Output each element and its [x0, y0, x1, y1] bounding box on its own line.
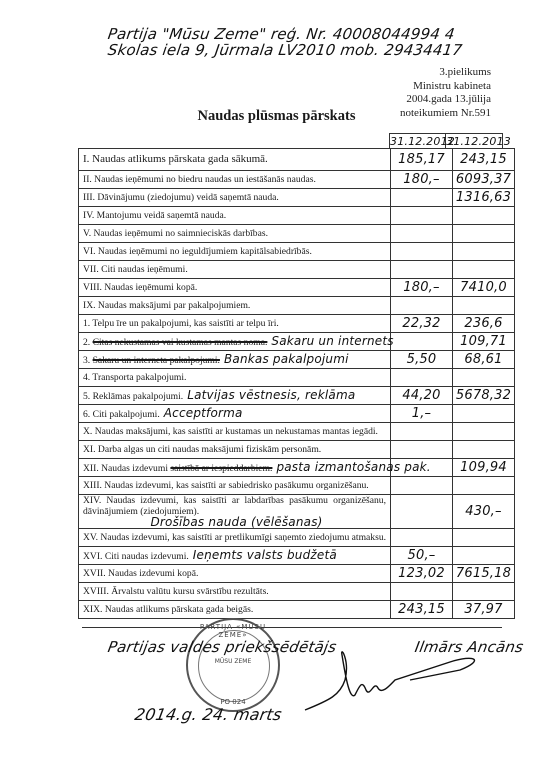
handwritten-value: 243,15	[460, 152, 507, 167]
value-2013: 243,15	[453, 149, 515, 171]
row-label-text: 4. Transporta pakalpojumi.	[83, 372, 186, 383]
table-row: 4. Transporta pakalpojumi.	[79, 369, 515, 387]
row-label: 3. Sakaru un interneta pakalpojumi.Banka…	[79, 351, 391, 369]
row-label-text: II. Naudas ieņēmumi no biedru naudas un …	[83, 174, 316, 185]
row-label-text: XIV. Naudas izdevumi, kas saistīti ar la…	[83, 495, 386, 517]
value-2012: 180,–	[391, 171, 453, 189]
handwritten-value: 44,20	[402, 388, 440, 403]
handwritten-value: 180,–	[403, 172, 439, 187]
row-label-text: XV. Naudas izdevumi, kas saistīti ar pre…	[83, 532, 386, 543]
row-label-text: IV. Mantojumu veidā saņemtā nauda.	[83, 210, 226, 221]
row-label-prefix: XII. Naudas izdevumi	[83, 463, 170, 474]
value-2012: 5,50	[391, 351, 453, 369]
row-label-text: I. Naudas atlikums pārskata gada sākumā.	[83, 153, 268, 165]
value-2013	[453, 441, 515, 459]
handwritten-value: 50,–	[408, 548, 436, 563]
row-label-text: XI. Darba algas un citi naudas maksājumi…	[83, 444, 321, 455]
table-row: VI. Naudas ieņēmumi no ieguldījumiem kap…	[79, 243, 515, 261]
value-2012	[391, 369, 453, 387]
row-label-text: III. Dāvinājumu (ziedojumu) veidā saņemt…	[83, 192, 279, 203]
row-label: VII. Citi naudas ieņēmumi.	[79, 261, 391, 279]
row-label-text: 5. Reklāmas pakalpojumi.	[83, 391, 183, 402]
value-2013	[453, 297, 515, 315]
reference-date: 2004.gada 13.jūlija	[400, 93, 491, 107]
value-2012: 185,17	[391, 149, 453, 171]
signature-date: 2014.g. 24. marts	[133, 705, 283, 724]
row-label-text: XIX. Naudas atlikums pārskata gada beigā…	[83, 604, 253, 615]
row-label: III. Dāvinājumu (ziedojumu) veidā saņemt…	[79, 189, 391, 207]
value-2013: 109,94	[453, 459, 515, 477]
reference-cabinet: Ministru kabineta	[400, 80, 491, 94]
table-row: VIII. Naudas ieņēmumi kopā.180,–7410,0	[79, 279, 515, 297]
row-label-text: 1. Telpu īre un pakalpojumi, kas saistīt…	[83, 318, 279, 329]
table-row: 2. Citas nekustamas vai kustamas mantas …	[79, 333, 515, 351]
table-row: I. Naudas atlikums pārskata gada sākumā.…	[79, 149, 515, 171]
row-label: XV. Naudas izdevumi, kas saistīti ar pre…	[79, 529, 391, 547]
table-row: II. Naudas ieņēmumi no biedru naudas un …	[79, 171, 515, 189]
handwritten-value: 109,71	[460, 334, 507, 349]
row-label: X. Naudas maksājumi, kas saistīti ar kus…	[79, 423, 391, 441]
table-row: XII. Naudas izdevumi saistībā ar iespied…	[79, 459, 515, 477]
handwritten-value: 5,50	[407, 352, 437, 367]
value-2013: 430,–	[453, 495, 515, 529]
handwritten-note: Ieņemts valsts budžetā	[193, 548, 337, 562]
signature-scrawl-icon	[300, 640, 500, 730]
party-stamp: PARTIJA «MŪSU ZEME» MŪSU ZEME PO 024	[186, 618, 280, 712]
row-label: XVII. Naudas izdevumi kopā.	[79, 565, 391, 583]
value-2012	[391, 225, 453, 243]
value-2012: 180,–	[391, 279, 453, 297]
value-2012: 50,–	[391, 547, 453, 565]
value-2012	[391, 333, 453, 351]
row-label: XI. Darba algas un citi naudas maksājumi…	[79, 441, 391, 459]
table-row: X. Naudas maksājumi, kas saistīti ar kus…	[79, 423, 515, 441]
stamp-center-text: MŪSU ZEME	[188, 658, 278, 665]
row-label: XIV. Naudas izdevumi, kas saistīti ar la…	[79, 495, 391, 529]
row-label: VI. Naudas ieņēmumi no ieguldījumiem kap…	[79, 243, 391, 261]
value-2012	[391, 583, 453, 601]
value-2012: 243,15	[391, 601, 453, 619]
reference-annex: 3.pielikums	[400, 66, 491, 80]
handwritten-value: 7615,18	[456, 566, 511, 581]
value-2013	[453, 547, 515, 565]
handwritten-value: 243,15	[398, 602, 445, 617]
value-2013	[453, 583, 515, 601]
handwritten-note: Drošības nauda (vēlēšanas)	[87, 517, 386, 528]
table-row: V. Naudas ieņēmumi no saimnieciskās darb…	[79, 225, 515, 243]
value-2012	[391, 189, 453, 207]
table-row: 3. Sakaru un interneta pakalpojumi.Banka…	[79, 351, 515, 369]
handwritten-value: 236,6	[464, 316, 502, 331]
handwritten-value: 6093,37	[456, 172, 511, 187]
table-row: XIV. Naudas izdevumi, kas saistīti ar la…	[79, 495, 515, 529]
value-2013	[453, 423, 515, 441]
value-2013: 68,61	[453, 351, 515, 369]
value-2012: 22,32	[391, 315, 453, 333]
value-2013: 5678,32	[453, 387, 515, 405]
handwritten-header-line-1: Partija "Mūsu Zeme" reģ. Nr. 40008044994…	[107, 26, 469, 42]
value-2012	[391, 207, 453, 225]
table-row: IV. Mantojumu veidā saņemtā nauda.	[79, 207, 515, 225]
row-label-text: VII. Citi naudas ieņēmumi.	[83, 264, 188, 275]
handwritten-note: Acceptforma	[164, 406, 243, 420]
value-2013	[453, 405, 515, 423]
value-2013: 7615,18	[453, 565, 515, 583]
row-label: VIII. Naudas ieņēmumi kopā.	[79, 279, 391, 297]
table-row: XVI. Citi naudas izdevumi.Ieņemts valsts…	[79, 547, 515, 565]
value-2012: 1,–	[391, 405, 453, 423]
value-2012	[391, 495, 453, 529]
row-label: V. Naudas ieņēmumi no saimnieciskās darb…	[79, 225, 391, 243]
value-2013	[453, 207, 515, 225]
value-2013: 236,6	[453, 315, 515, 333]
row-label-prefix: 3.	[83, 355, 93, 366]
table-row: XIII. Naudas izdevumi, kas saistīti ar s…	[79, 477, 515, 495]
handwritten-value: 109,94	[460, 460, 507, 475]
value-2012	[391, 441, 453, 459]
row-label: XIX. Naudas atlikums pārskata gada beigā…	[79, 601, 391, 619]
table-row: 5. Reklāmas pakalpojumi.Latvijas vēstnes…	[79, 387, 515, 405]
table-row: 6. Citi pakalpojumi.Acceptforma1,–	[79, 405, 515, 423]
row-label-struck: Sakaru un interneta pakalpojumi.	[93, 355, 220, 366]
column-header-2013: 31.12.2013	[446, 133, 503, 148]
handwritten-organization-header: Partija "Mūsu Zeme" reģ. Nr. 40008044994…	[108, 26, 468, 58]
value-2012	[391, 261, 453, 279]
table-row: VII. Citi naudas ieņēmumi.	[79, 261, 515, 279]
row-label-text: VIII. Naudas ieņēmumi kopā.	[83, 282, 197, 293]
table-row: IX. Naudas maksājumi par pakalpojumiem.	[79, 297, 515, 315]
table-row: III. Dāvinājumu (ziedojumu) veidā saņemt…	[79, 189, 515, 207]
row-label: 6. Citi pakalpojumi.Acceptforma	[79, 405, 391, 423]
value-2012	[391, 529, 453, 547]
row-label-text: XVII. Naudas izdevumi kopā.	[83, 568, 198, 579]
row-label: XIII. Naudas izdevumi, kas saistīti ar s…	[79, 477, 391, 495]
handwritten-value: 1316,63	[456, 190, 511, 205]
value-2012: 123,02	[391, 565, 453, 583]
value-2013: 1316,63	[453, 189, 515, 207]
value-2012	[391, 423, 453, 441]
handwritten-value: 185,17	[398, 152, 445, 167]
handwritten-value: 123,02	[398, 566, 445, 581]
row-label-text: V. Naudas ieņēmumi no saimnieciskās darb…	[83, 228, 268, 239]
handwritten-header-line-2: Skolas iela 9, Jūrmala LV2010 mob. 29434…	[107, 42, 469, 58]
handwritten-value: 7410,0	[460, 280, 507, 295]
handwritten-value: 180,–	[403, 280, 439, 295]
column-headers: 31.12.2012 31.12.2013	[389, 133, 503, 149]
table-row: XIX. Naudas atlikums pārskata gada beigā…	[79, 601, 515, 619]
row-label: 4. Transporta pakalpojumi.	[79, 369, 391, 387]
row-label: XII. Naudas izdevumi saistībā ar iespied…	[79, 459, 391, 477]
handwritten-value: 430,–	[465, 504, 501, 519]
row-label-prefix: 2.	[83, 337, 93, 348]
row-label: I. Naudas atlikums pārskata gada sākumā.	[79, 149, 391, 171]
row-label-text: VI. Naudas ieņēmumi no ieguldījumiem kap…	[83, 246, 312, 257]
document-title: Naudas plūsmas pārskats	[0, 108, 553, 125]
value-2013: 6093,37	[453, 171, 515, 189]
signature-divider	[82, 627, 502, 628]
row-label: 2. Citas nekustamas vai kustamas mantas …	[79, 333, 391, 351]
value-2012: 44,20	[391, 387, 453, 405]
row-label: IX. Naudas maksājumi par pakalpojumiem.	[79, 297, 391, 315]
value-2013: 7410,0	[453, 279, 515, 297]
value-2013: 37,97	[453, 601, 515, 619]
row-label-text: 6. Citi pakalpojumi.	[83, 409, 160, 420]
value-2013	[453, 243, 515, 261]
table-row: 1. Telpu īre un pakalpojumi, kas saistīt…	[79, 315, 515, 333]
row-label-text: XIII. Naudas izdevumi, kas saistīti ar s…	[83, 480, 369, 491]
value-2013	[453, 225, 515, 243]
value-2012	[391, 243, 453, 261]
value-2012	[391, 477, 453, 495]
row-label: 1. Telpu īre un pakalpojumi, kas saistīt…	[79, 315, 391, 333]
handwritten-note: pasta izmantošanas pak.	[276, 460, 430, 474]
handwritten-value: 37,97	[464, 602, 502, 617]
row-label-struck: Citas nekustamas vai kustamas mantas nom…	[93, 337, 268, 348]
handwritten-note: Bankas pakalpojumi	[224, 352, 349, 366]
value-2013	[453, 529, 515, 547]
row-label: XVI. Citi naudas izdevumi.Ieņemts valsts…	[79, 547, 391, 565]
table-row: XVII. Naudas izdevumi kopā.123,027615,18	[79, 565, 515, 583]
column-header-2012: 31.12.2012	[389, 133, 446, 148]
value-2013: 109,71	[453, 333, 515, 351]
handwritten-value: 22,32	[402, 316, 440, 331]
value-2013	[453, 261, 515, 279]
row-label-text: IX. Naudas maksājumi par pakalpojumiem.	[83, 300, 250, 311]
row-label: IV. Mantojumu veidā saņemtā nauda.	[79, 207, 391, 225]
row-label-struck: saistībā ar iespieddarbiem.	[170, 463, 272, 474]
handwritten-value: 1,–	[412, 406, 432, 421]
row-label-text: XVIII. Ārvalstu valūtu kursu svārstību r…	[83, 586, 269, 597]
handwritten-note: Sakaru un internets	[271, 334, 393, 348]
value-2013	[453, 369, 515, 387]
value-2013	[453, 477, 515, 495]
stamp-ring-top-text: PARTIJA «MŪSU ZEME»	[188, 623, 278, 639]
cash-flow-table: I. Naudas atlikums pārskata gada sākumā.…	[78, 148, 515, 619]
table-row: XV. Naudas izdevumi, kas saistīti ar pre…	[79, 529, 515, 547]
handwritten-note: Latvijas vēstnesis, reklāma	[187, 388, 355, 402]
table-row: XVIII. Ārvalstu valūtu kursu svārstību r…	[79, 583, 515, 601]
row-label-text: X. Naudas maksājumi, kas saistīti ar kus…	[83, 426, 378, 437]
row-label: XVIII. Ārvalstu valūtu kursu svārstību r…	[79, 583, 391, 601]
table-row: XI. Darba algas un citi naudas maksājumi…	[79, 441, 515, 459]
row-label: 5. Reklāmas pakalpojumi.Latvijas vēstnes…	[79, 387, 391, 405]
row-label: II. Naudas ieņēmumi no biedru naudas un …	[79, 171, 391, 189]
handwritten-value: 5678,32	[456, 388, 511, 403]
value-2012	[391, 297, 453, 315]
row-label-text: XVI. Citi naudas izdevumi.	[83, 551, 189, 562]
handwritten-value: 68,61	[464, 352, 502, 367]
